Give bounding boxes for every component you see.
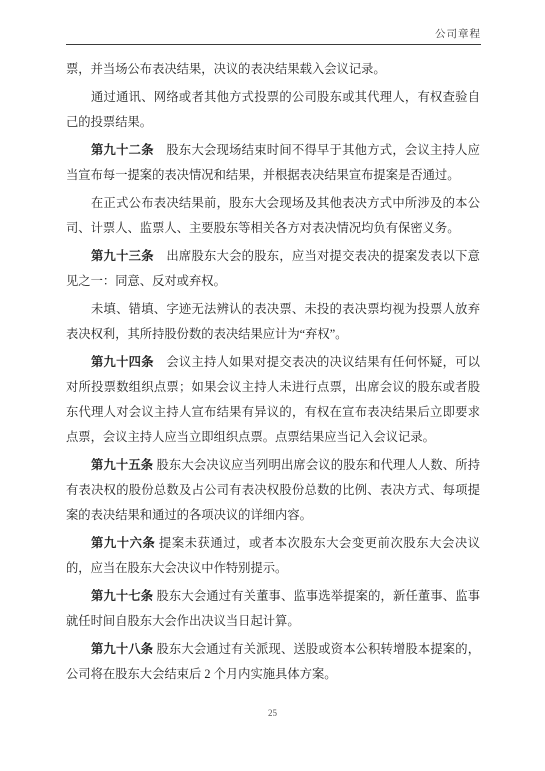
paragraph-text: 通过通讯、网络或者其他方式投票的公司股东或其代理人，有权查验自己的投票结果。 bbox=[66, 90, 480, 129]
article-98: 第九十八条 股东大会通过有关派现、送股或资本公积转增股本提案的，公司将在股东大会… bbox=[66, 637, 480, 687]
article-number: 第九十四条 bbox=[91, 355, 154, 369]
article-number: 第九十八条 bbox=[91, 642, 153, 656]
document-page: 公司章程 票，并当场公布表决结果，决议的表决结果载入会议记录。 通过通讯、网络或… bbox=[0, 0, 545, 771]
paragraph-text: 票，并当场公布表决结果，决议的表决结果载入会议记录。 bbox=[66, 62, 386, 76]
page-header: 公司章程 bbox=[66, 26, 481, 45]
page-number-text: 25 bbox=[268, 708, 277, 718]
para-continuation: 票，并当场公布表决结果，决议的表决结果载入会议记录。 bbox=[66, 57, 480, 82]
article-95: 第九十五条 股东大会决议应当列明出席会议的股东和代理人人数、所持有表决权的股份总… bbox=[66, 453, 480, 528]
article-number: 第九十六条 bbox=[91, 536, 155, 550]
article-97: 第九十七条 股东大会通过有关董事、监事选举提案的，新任董事、监事就任时间自股东大… bbox=[66, 584, 480, 634]
article-number: 第九十三条 bbox=[91, 249, 154, 263]
article-number: 第九十七条 bbox=[91, 589, 153, 603]
para-voting-check: 通过通讯、网络或者其他方式投票的公司股东或其代理人，有权查验自己的投票结果。 bbox=[66, 85, 480, 135]
paragraph-text: 未填、错填、字迹无法辨认的表决票、未投的表决票均视为投票人放弃表决权利，其所持股… bbox=[66, 302, 480, 341]
article-93: 第九十三条 出席股东大会的股东，应当对提交表决的提案发表以下意见之一：同意、反对… bbox=[66, 244, 480, 294]
article-92: 第九十二条 股东大会现场结束时间不得早于其他方式，会议主持人应当宣布每一提案的表… bbox=[66, 138, 480, 188]
header-title: 公司章程 bbox=[435, 29, 481, 40]
article-96: 第九十六条 提案未获通过，或者本次股东大会变更前次股东大会决议的，应当在股东大会… bbox=[66, 531, 480, 581]
article-number: 第九十五条 bbox=[91, 458, 153, 472]
article-94: 第九十四条 会议主持人如果对提交表决的决议结果有任何怀疑，可以对所投票数组织点票… bbox=[66, 350, 480, 450]
page-number: 25 bbox=[0, 708, 545, 718]
paragraph-text: 在正式公布表决结果前，股东大会现场及其他表决方式中所涉及的本公司、计票人、监票人… bbox=[66, 196, 480, 235]
para-invalid-ballots: 未填、错填、字迹无法辨认的表决票、未投的表决票均视为投票人放弃表决权利，其所持股… bbox=[66, 297, 480, 347]
para-secrecy: 在正式公布表决结果前，股东大会现场及其他表决方式中所涉及的本公司、计票人、监票人… bbox=[66, 191, 480, 241]
article-number: 第九十二条 bbox=[91, 143, 154, 157]
document-body: 票，并当场公布表决结果，决议的表决结果载入会议记录。 通过通讯、网络或者其他方式… bbox=[66, 57, 480, 690]
